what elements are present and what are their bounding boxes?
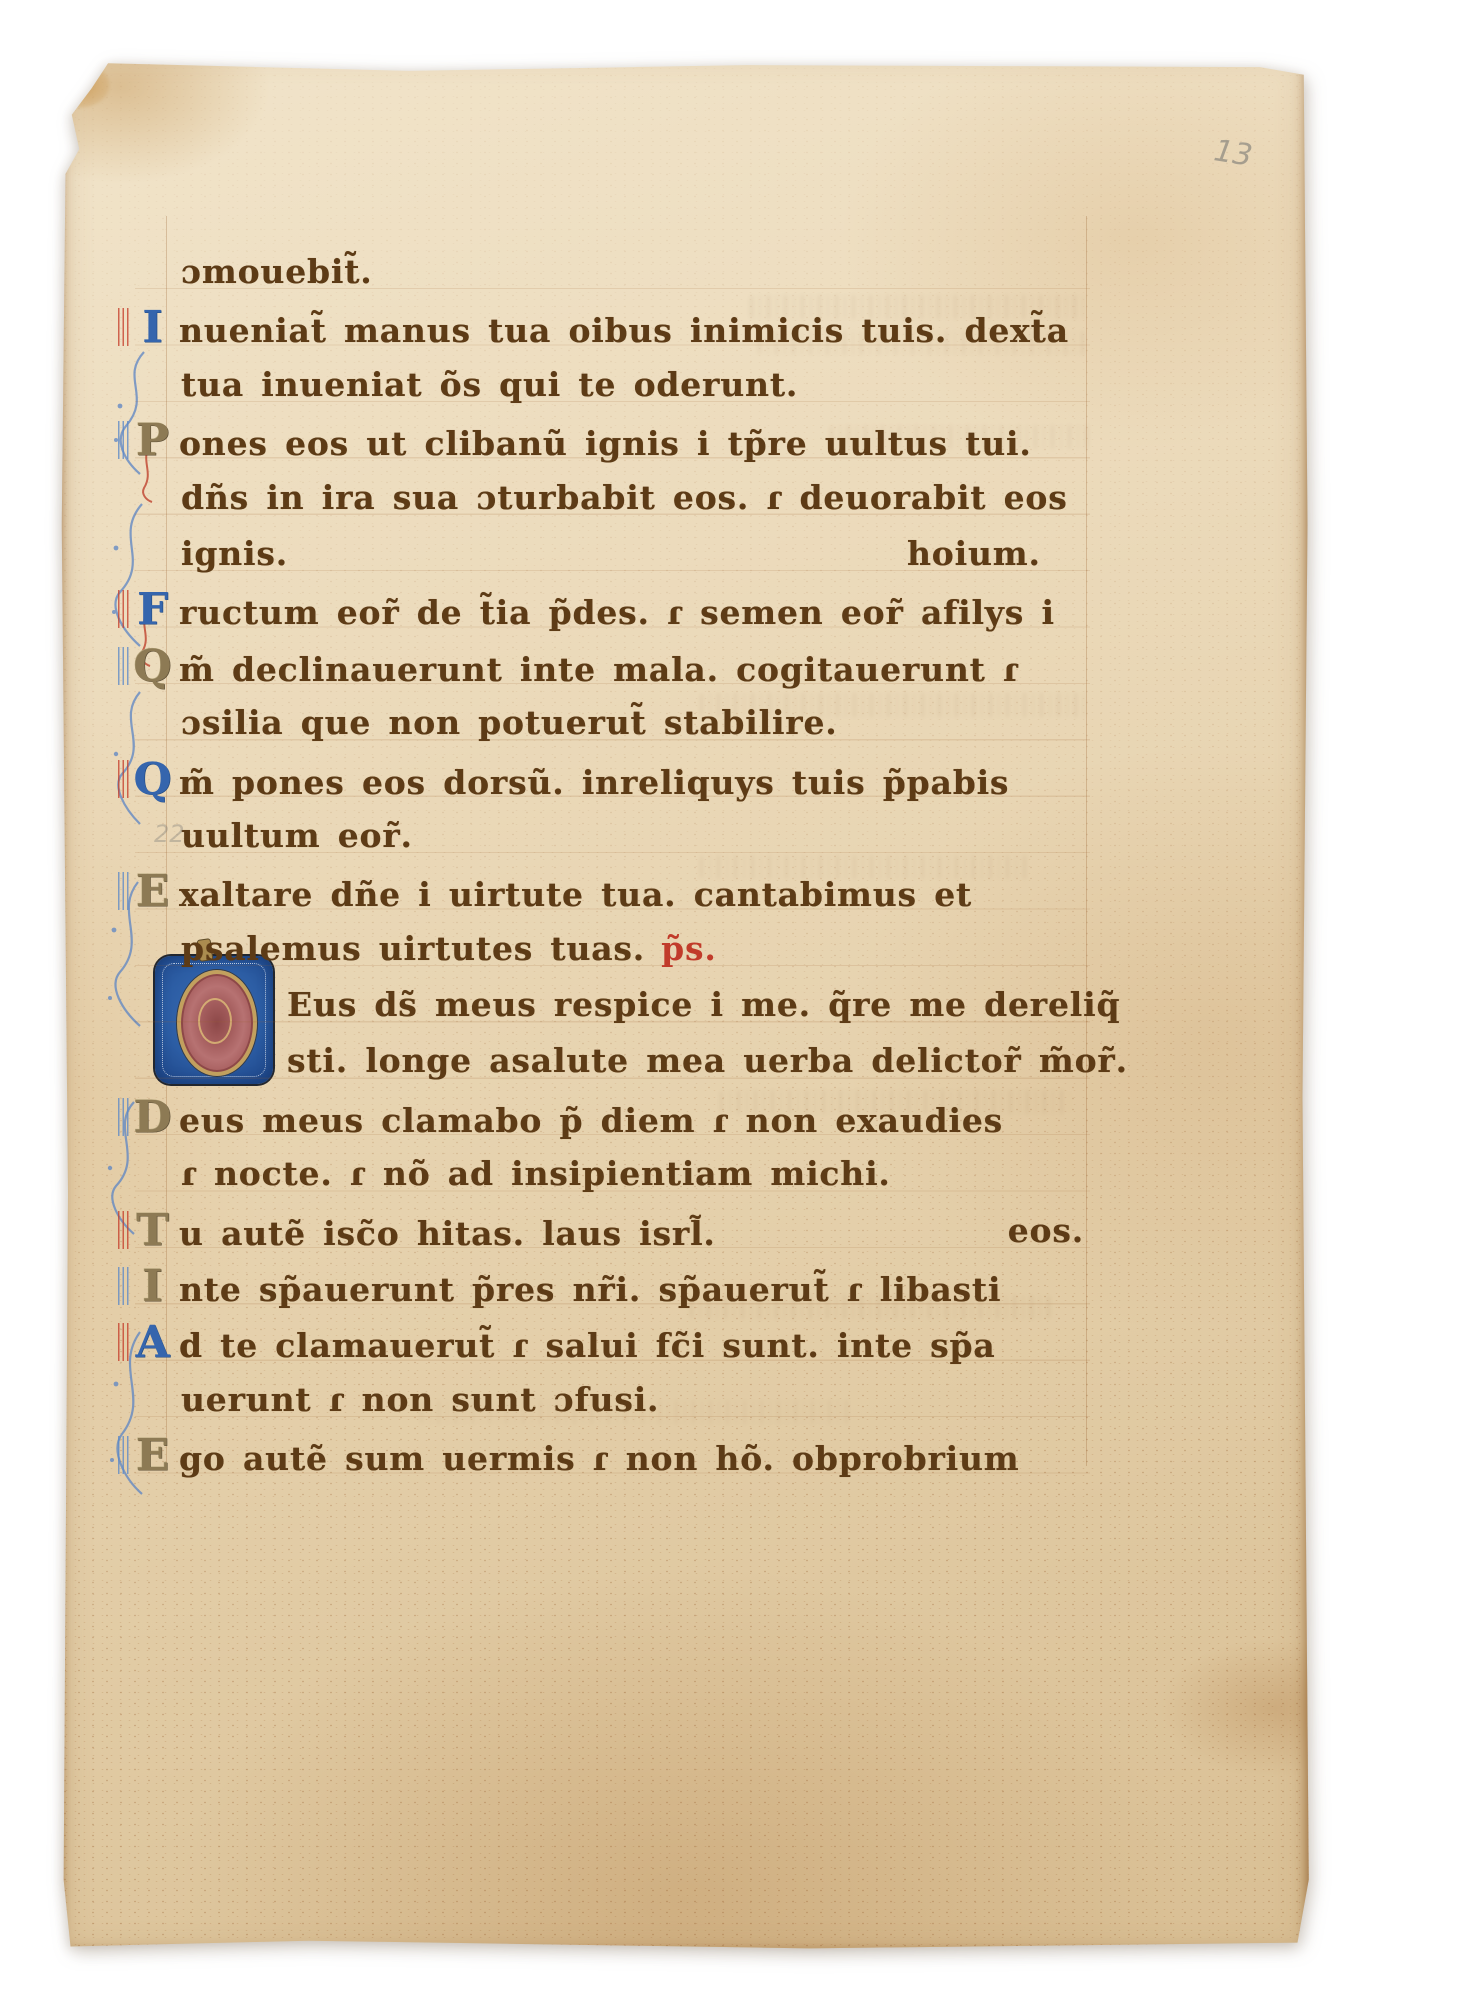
text-line: dñs in ira sua ɔturbabit eos. ɾ deuorabi… [135, 470, 1090, 526]
text-line: Eus ds̃ meus respice i me. q̃re me derel… [135, 977, 1090, 1033]
text-line: uultum eor̃. [135, 808, 1090, 864]
versal-initial: Q [127, 639, 179, 695]
text-line: Qm̃ pones eos dorsũ. inreliquys tuis p̃p… [135, 752, 1090, 808]
versal-initial: D [127, 1090, 179, 1146]
text-line: sti. longe asalute mea uerba delictor̃ m… [135, 1033, 1090, 1089]
text-line: Inueniat̃ manus tua oibus inimicis tuis.… [135, 300, 1090, 356]
line-text: m̃ pones eos dorsũ. inreliquys tuis p̃pa… [179, 763, 1009, 802]
folio-pencil-mark: 13 [1211, 133, 1254, 174]
line-text: ones eos ut clibanũ ignis i tp̃re uultus… [179, 424, 1032, 463]
line-text: Eus ds̃ meus respice i me. q̃re me derel… [287, 985, 1120, 1024]
line-text: nte sp̃auerunt p̃res nr̃i. sp̃auerut̃ ɾ … [179, 1270, 1001, 1309]
line-text: ɔmouebit̃. [181, 252, 373, 291]
text-line: Pones eos ut clibanũ ignis i tp̃re uultu… [135, 413, 1090, 469]
line-text: tua inueniat õs qui te oderunt. [181, 365, 798, 404]
corner-chip-stain [54, 62, 126, 128]
line-text: m̃ declinauerunt inte mala. cogitauerunt… [179, 650, 1019, 689]
versal-initial: T [127, 1203, 179, 1259]
line-text: ɾ nocte. ɾ nõ ad insipientiam michi. [181, 1154, 891, 1193]
text-line: Exaltare dñe i uirtute tua. cantabimus e… [135, 864, 1090, 920]
text-line: Qm̃ declinauerunt inte mala. cogitauerun… [135, 639, 1090, 695]
text-line: Deus meus clamabo p̃ diem ɾ non exaudies [135, 1090, 1090, 1146]
line-text: xaltare dñe i uirtute tua. cantabimus et [179, 875, 972, 914]
versal-initial: A [127, 1315, 179, 1371]
line-text: dñs in ira sua ɔturbabit eos. ɾ deuorabi… [181, 478, 1068, 517]
line-text: go autẽ sum uermis ɾ non hõ. obprobrium [179, 1439, 1020, 1478]
line-text: ɔsilia que non potuerut̃ stabilire. [181, 703, 838, 742]
text-line: Ego autẽ sum uermis ɾ non hõ. obprobrium [135, 1428, 1090, 1484]
gap-word: hoium. [907, 526, 1041, 582]
line-text: u autẽ isc̃o hitas. laus isrl̃. [179, 1214, 716, 1253]
manuscript-leaf: ɔmouebit̃.Inueniat̃ manus tua oibus inim… [58, 48, 1310, 1956]
text-line: psalemus uirtutes tuas.p̃s. [135, 921, 1090, 977]
text-line: ɾ nocte. ɾ nõ ad insipientiam michi. [135, 1146, 1090, 1202]
versal-initial: F [127, 582, 179, 638]
text-line: ɔsilia que non potuerut̃ stabilire. [135, 695, 1090, 751]
line-text: nueniat̃ manus tua oibus inimicis tuis. … [179, 311, 1069, 350]
versal-initial: I [127, 1259, 179, 1315]
line-text: ructum eor̃ de t̃ia p̃des. ɾ semen eor̃ … [179, 593, 1055, 632]
text-line: Inte sp̃auerunt p̃res nr̃i. sp̃auerut̃ ɾ… [135, 1259, 1090, 1315]
text-line: ignis.hoium. [135, 526, 1090, 582]
line-text: sti. longe asalute mea uerba delictor̃ m… [287, 1041, 1128, 1080]
line-text: uultum eor̃. [181, 816, 413, 855]
text-line: Fructum eor̃ de t̃ia p̃des. ɾ semen eor̃… [135, 582, 1090, 638]
versal-initial: E [127, 864, 179, 920]
versal-initial: E [127, 1428, 179, 1484]
text-line: tua inueniat õs qui te oderunt. [135, 357, 1090, 413]
psalm-marker: p̃s. [661, 929, 717, 968]
text-block: ɔmouebit̃.Inueniat̃ manus tua oibus inim… [135, 244, 1090, 1485]
gap-word: eos. [1008, 1203, 1084, 1259]
line-text: uerunt ɾ non sunt ɔfusi. [181, 1380, 659, 1419]
margin-pencil-mark: 22 [154, 820, 185, 848]
text-line: ɔmouebit̃. [135, 244, 1090, 300]
versal-initial: Q [127, 752, 179, 808]
line-text: psalemus uirtutes tuas. [181, 929, 645, 968]
versal-initial: I [127, 300, 179, 356]
text-line: uerunt ɾ non sunt ɔfusi. [135, 1372, 1090, 1428]
text-line: Ad te clamauerut̃ ɾ salui fc̃i sunt. int… [135, 1315, 1090, 1371]
text-line: Tu autẽ isc̃o hitas. laus isrl̃.eos. [135, 1203, 1090, 1259]
line-text: ignis. [181, 534, 288, 573]
manuscript-photo: ɔmouebit̃.Inueniat̃ manus tua oibus inim… [0, 0, 1478, 2000]
line-text: eus meus clamabo p̃ diem ɾ non exaudies [179, 1101, 1003, 1140]
line-text: d te clamauerut̃ ɾ salui fc̃i sunt. inte… [179, 1326, 996, 1365]
versal-initial: P [127, 413, 179, 469]
